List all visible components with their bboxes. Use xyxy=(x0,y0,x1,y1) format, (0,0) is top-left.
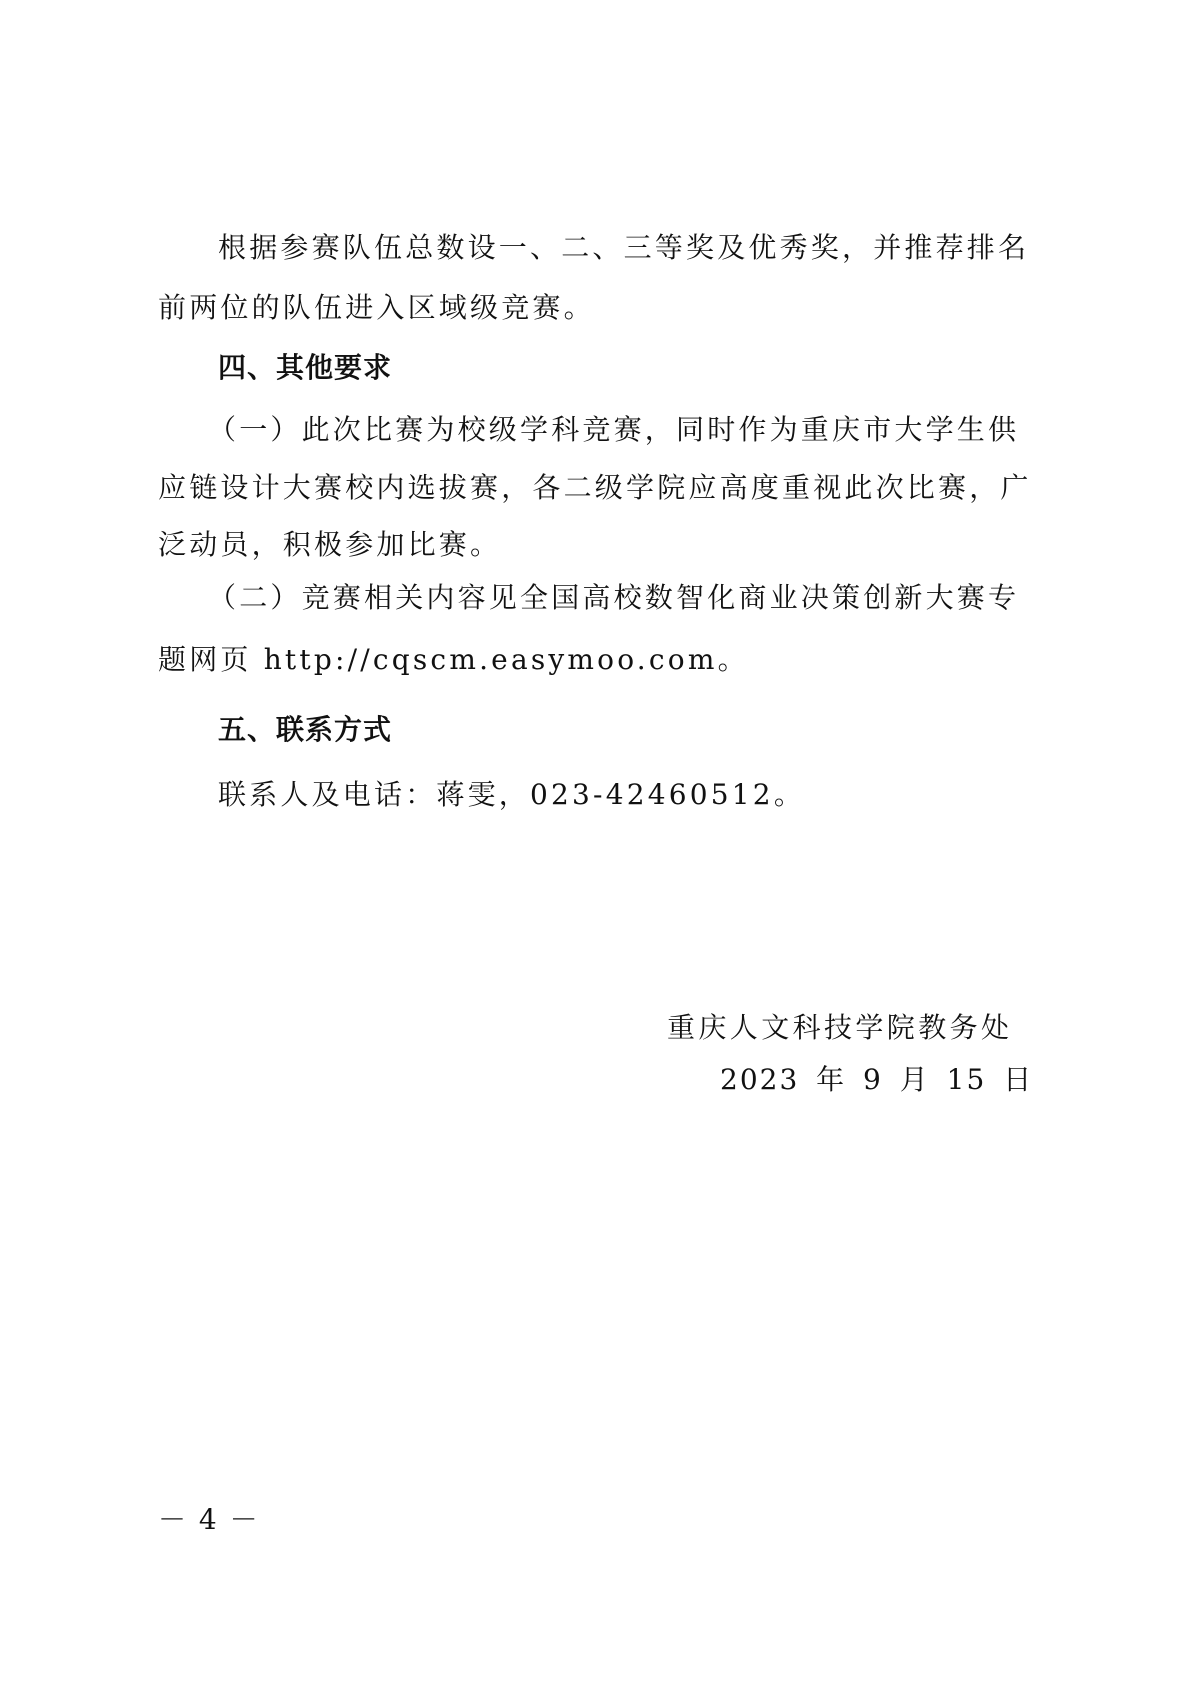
section-heading-other-requirements: 四、其他要求 xyxy=(218,348,1038,388)
requirement-1-line-1: （一）此次比赛为校级学科竞赛，同时作为重庆市大学生供 xyxy=(208,410,1028,450)
section-heading-contact: 五、联系方式 xyxy=(218,710,1038,750)
award-paragraph-line-1: 根据参赛队伍总数设一、二、三等奖及优秀奖，并推荐排名 xyxy=(218,228,1038,268)
contact-info-line: 联系人及电话：蒋雯，023-42460512。 xyxy=(218,775,1038,815)
signature-date: 2023 年 9 月 15 日 xyxy=(720,1060,980,1100)
requirement-2-line-2-with-url: 题网页 http://cqscm.easymoo.com。 xyxy=(158,640,1038,680)
requirement-1-line-3: 泛动员，积极参加比赛。 xyxy=(158,525,1038,565)
award-paragraph-line-2: 前两位的队伍进入区域级竞赛。 xyxy=(158,288,1038,328)
requirement-1-line-2: 应链设计大赛校内选拔赛，各二级学院应高度重视此次比赛，广 xyxy=(158,468,1038,508)
document-page: 根据参赛队伍总数设一、二、三等奖及优秀奖，并推荐排名 前两位的队伍进入区域级竞赛… xyxy=(0,0,1191,1684)
page-number: － 4 － xyxy=(158,1500,260,1540)
signature-organization: 重庆人文科技学院教务处 xyxy=(667,1008,1027,1048)
requirement-2-line-1: （二）竞赛相关内容见全国高校数智化商业决策创新大赛专 xyxy=(208,578,1028,618)
